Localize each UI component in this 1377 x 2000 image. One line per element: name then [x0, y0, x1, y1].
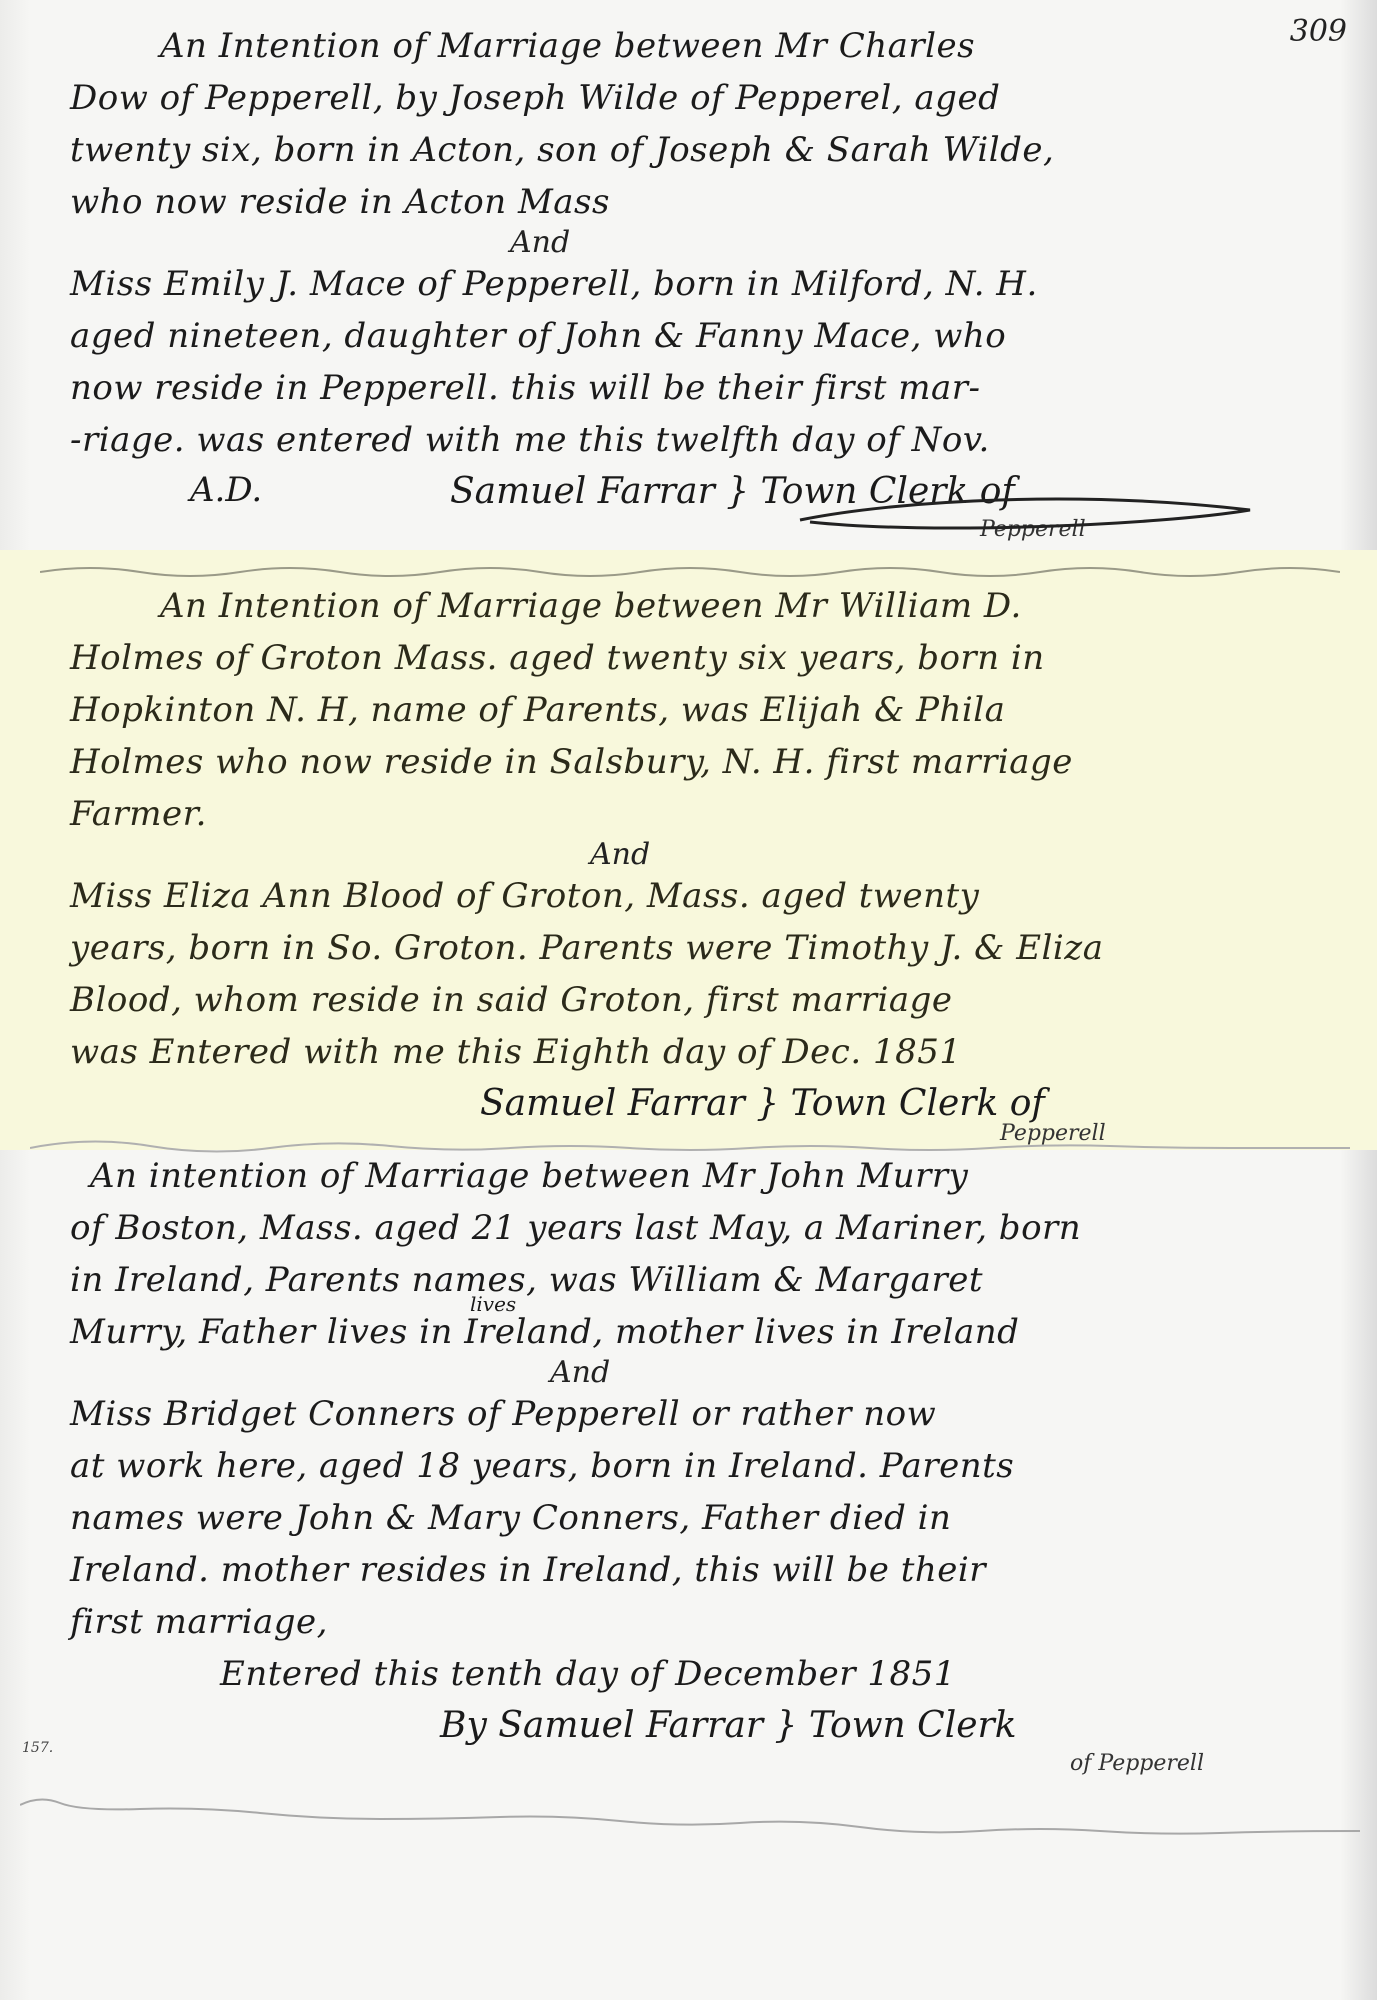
- entry-line: Holmes of Groton Mass. aged twenty six y…: [70, 632, 1337, 684]
- entry-line: in Ireland, Parents names, was William &…: [70, 1254, 1337, 1306]
- signature-flourish: [780, 480, 1300, 540]
- entry-line: Hopkinton N. H, name of Parents, was Eli…: [70, 684, 1337, 736]
- entry-line: aged nineteen, daughter of John & Fanny …: [70, 310, 1337, 362]
- insertion-note: lives: [470, 1292, 516, 1316]
- entry-line: was Entered with me this Eighth day of D…: [70, 1026, 1337, 1078]
- entry-line: -riage. was entered with me this twelfth…: [70, 414, 1337, 466]
- entry-line: years, born in So. Groton. Parents were …: [70, 922, 1337, 974]
- entry-line: An Intention of Marriage between Mr Will…: [70, 580, 1337, 632]
- entry-line: An intention of Marriage between Mr John…: [70, 1150, 1337, 1202]
- entry-line: who now reside in Acton Mass: [70, 176, 1337, 228]
- entry-line: at work here, aged 18 years, born in Ire…: [70, 1440, 1337, 1492]
- entry-line: Blood, whom reside in said Groton, first…: [70, 974, 1337, 1026]
- wavy-divider: [40, 560, 1340, 580]
- clerk-signature: By Samuel Farrar } Town Clerk: [70, 1700, 1337, 1752]
- entry-line: Farmer.: [70, 788, 1337, 840]
- marriage-entry-murry-conners: Pepperell An intention of Marriage betwe…: [0, 1130, 1377, 1776]
- entry-line: first marriage,: [70, 1596, 1337, 1648]
- entry-line: Murry, Father lives in Ireland, mother l…: [70, 1306, 1337, 1358]
- wavy-divider: [20, 1795, 1360, 1835]
- signature-town: of Pepperell: [70, 1752, 1337, 1776]
- marriage-entry-wilde-mace: An Intention of Marriage between Mr Char…: [0, 20, 1377, 542]
- entry-line: Miss Emily J. Mace of Pepperell, born in…: [70, 258, 1337, 310]
- ledger-page: 309 An Intention of Marriage between Mr …: [0, 0, 1377, 2000]
- entry-line: Miss Eliza Ann Blood of Groton, Mass. ag…: [70, 870, 1337, 922]
- marriage-entry-holmes-blood: An Intention of Marriage between Mr Will…: [0, 550, 1377, 1150]
- entry-line: names were John & Mary Conners, Father d…: [70, 1492, 1337, 1544]
- and-separator: And: [70, 228, 1337, 258]
- entered-date: Entered this tenth day of December 1851: [70, 1648, 1337, 1700]
- entry-line: now reside in Pepperell. this will be th…: [70, 362, 1337, 414]
- and-separator: And: [70, 1358, 1337, 1388]
- wavy-divider: [30, 1136, 1350, 1156]
- entry-line: of Boston, Mass. aged 21 years last May,…: [70, 1202, 1337, 1254]
- and-separator: And: [70, 840, 1337, 870]
- entry-line: Dow of Pepperell, by Joseph Wilde of Pep…: [70, 72, 1337, 124]
- entry-line: Holmes who now reside in Salsbury, N. H.…: [70, 736, 1337, 788]
- anno-domini: A.D.: [190, 470, 262, 510]
- entry-line: twenty six, born in Acton, son of Joseph…: [70, 124, 1337, 176]
- entry-line: An Intention of Marriage between Mr Char…: [70, 20, 1337, 72]
- entry-line: Ireland. mother resides in Ireland, this…: [70, 1544, 1337, 1596]
- entry-line: Miss Bridget Conners of Pepperell or rat…: [70, 1388, 1337, 1440]
- margin-note: 157.: [22, 1740, 53, 1756]
